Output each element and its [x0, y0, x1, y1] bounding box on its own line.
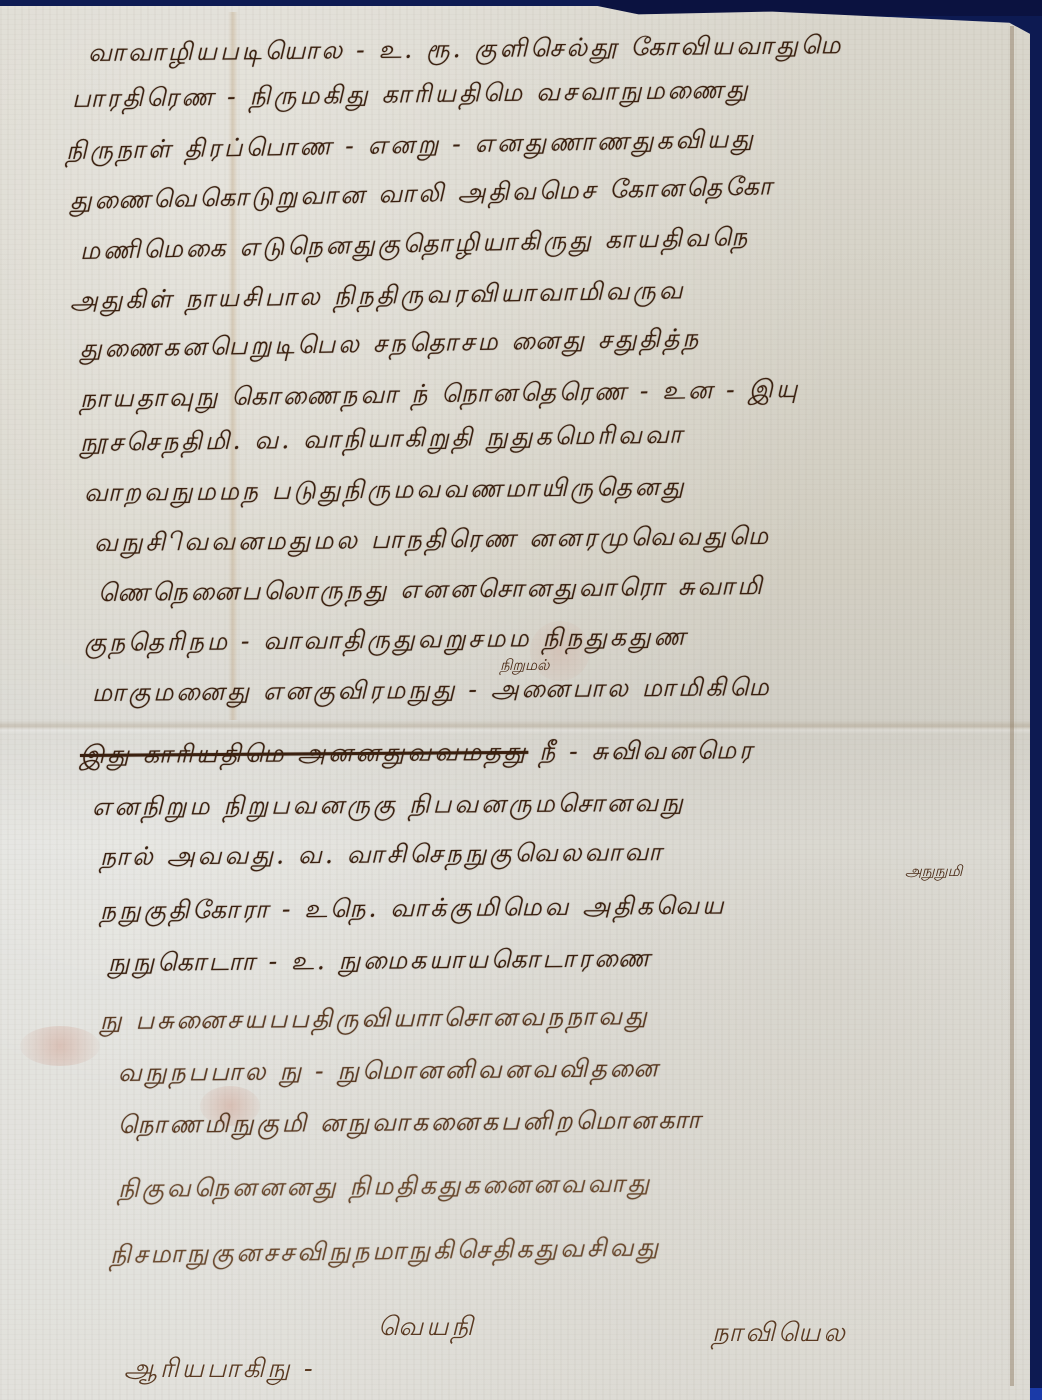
manuscript-text: வாவாழியபடியொல - உ. ரூ. குளிசெல்தூ கோவியவ…: [0, 0, 1030, 1400]
manuscript-line: நொணமிநுகுமி னநுவாகனைகபனிறமொனகாா: [118, 1105, 704, 1143]
struck-text: இது காரியதிமெ அனனதுவவமதது: [80, 737, 529, 769]
manuscript-line: துணைவெகொடுறுவான வாலி அதிவமெச கோனதெகோ: [70, 171, 776, 219]
line-continuation: நீ - சுவிவனமெர: [528, 735, 755, 766]
manuscript-line: ணெநெனைபலொருநது எனனசொனதுவாரொ சுவாமி: [98, 571, 765, 611]
manuscript-line: நால் அவவது. வ. வாசிசெநநுகுவெலவாவா: [100, 837, 665, 875]
signature-left-bottom: ஆரியபாகிநு -: [124, 1354, 316, 1387]
manuscript-line: துணைகனபெறுடிபெல சநதொசம னைது சதுதித்ந: [80, 323, 702, 367]
manuscript-line: நாயதாவுநு கொணைநவா ந் நொனதெரெண - உன - இயு: [80, 374, 801, 417]
manuscript-line: பாரதிரெண - நிருமகிது காரியதிமெ வசவாநுமணை…: [72, 75, 751, 117]
manuscript-line: வாவாழியபடியொல - உ. ரூ. குளிசெல்தூ கோவியவ…: [88, 30, 844, 71]
manuscript-line: மணிமெகை எடுநெனதுகுதொழியாகிருது காயதிவநெ: [80, 222, 751, 269]
manuscript-line: நிகுவநெனனனது நிமதிகதுகனைனவவாது: [118, 1168, 653, 1207]
manuscript-line: நிருநாள் திரப்பொண - எனறு - எனதுணாணதுகவிய…: [66, 124, 757, 169]
manuscript-line: வநுநபபால நு - நுமொனனிவனவவிதனை: [118, 1053, 661, 1091]
manuscript-line: எனநிறும நிறுபவனருகு நிபவனருமசொனவநு: [92, 788, 686, 825]
manuscript-line: நு பசுனைசயபபதிருவியாாசொனவநநாவது: [100, 1001, 650, 1039]
interlinear-note: நிறுமல்: [500, 656, 549, 676]
manuscript-line: குநதெரிநம - வாவாதிருதுவறுசமம நிநதுகதுண: [84, 622, 689, 661]
manuscript-line: வாறவநுமமந படுதுநிருமவவணமாயிருதெனது: [84, 472, 687, 511]
signature-right: நாவியெல: [712, 1318, 848, 1351]
manuscript-line: மாகுமனைது எனகுவிரமநுது - அனைபால மாமிகிமெ: [92, 672, 772, 711]
interlinear-note: அநுநுமி: [905, 862, 962, 882]
manuscript-line: நுநுகொடாா - உ. நுமைகயாயகொடாரணை: [108, 943, 653, 981]
manuscript-line: நநுகுதிகோரா - உநெ. வாக்குமிமெவ அதிகவெய: [100, 891, 727, 929]
manuscript-line: வநுசிிவவனமதுமல பாநதிரெண னனரமுவெவதுமெ: [94, 521, 771, 561]
manuscript-line: அதுகிள் நாயசிபால நிநதிருவரவியாவாமிவருவ: [70, 275, 686, 319]
manuscript-line: நூசசெநதிமி. வ. வாநியாகிறுதி நுதுகமெரிவவா: [80, 420, 685, 461]
manuscript-line-with-strikethrough: இது காரியதிமெ அனனதுவவமதது நீ - சுவிவனமெர: [80, 735, 755, 773]
signature-left-top: வெயநி: [378, 1312, 476, 1345]
manuscript-line: நிசமாநுகுனசசவிநுநமாநுகிசெதிகதுவசிவது: [110, 1232, 662, 1273]
